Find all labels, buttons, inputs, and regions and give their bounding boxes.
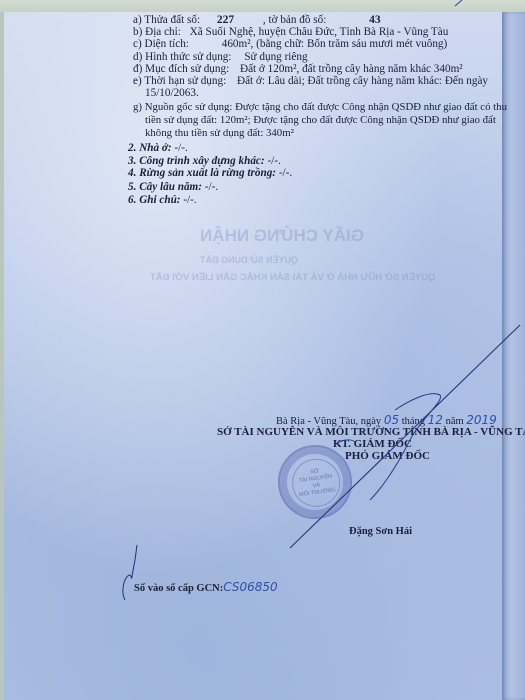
handwritten-signature xyxy=(0,0,525,700)
